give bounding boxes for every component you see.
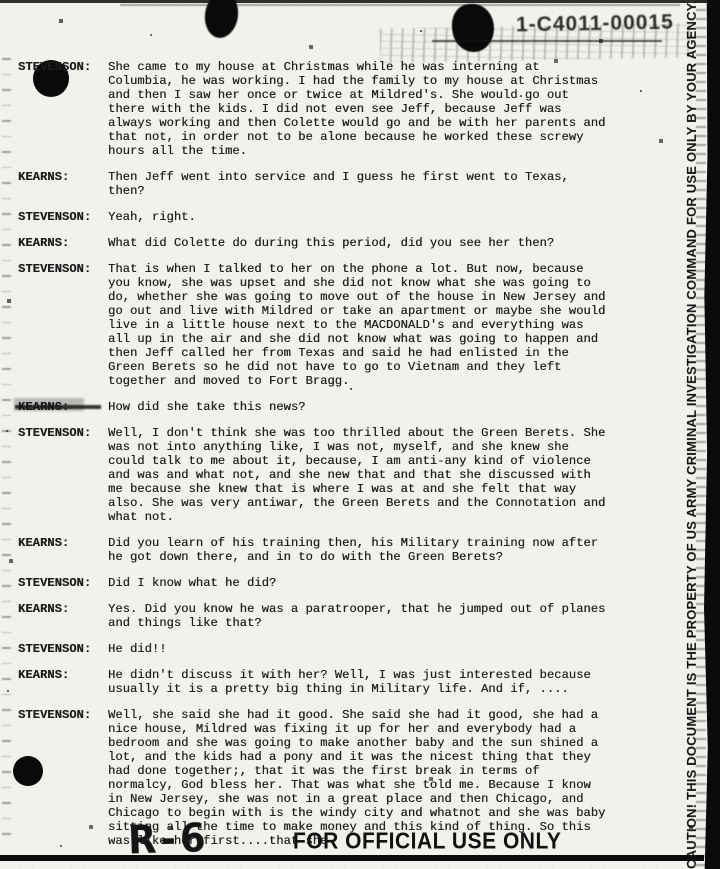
dialogue-text: What did Colette do during this period, …	[108, 236, 608, 250]
ink-blob	[202, 0, 241, 40]
dialogue-text: Yes. Did you know he was a paratrooper, …	[108, 602, 608, 630]
dialogue-text: He did!!	[108, 642, 608, 656]
speaker-label: STEVENSON:	[18, 642, 108, 656]
speaker-label: KEARNS:	[18, 602, 108, 630]
dialogue-entry: STEVENSON: She came to my house at Chris…	[18, 60, 618, 158]
fouo-stamp: FOR OFFICIAL USE ONLY	[293, 829, 561, 856]
dialogue-entry: STEVENSON: Yeah, right.	[18, 210, 618, 224]
paper-specks	[0, 0, 2, 2]
dialogue-text: He didn't discuss it with her? Well, I w…	[108, 668, 608, 696]
dialogue-text: That is when I talked to her on the phon…	[108, 262, 608, 388]
dialogue-text: Did you learn of his training then, his …	[108, 536, 608, 564]
scanned-document-page: 1-C4011-00015 CAUTION! THIS DOCUMENT IS …	[0, 0, 720, 869]
header-smear-line	[432, 40, 662, 42]
dialogue-entry: KEARNS: Yes. Did you know he was a parat…	[18, 602, 618, 630]
dialogue-entry: KEARNS: Did you learn of his training th…	[18, 536, 618, 564]
speaker-label: KEARNS:	[18, 236, 108, 250]
dialogue-text: Did I know what he did?	[108, 576, 608, 590]
speaker-label: STEVENSON:	[18, 262, 108, 388]
scan-edge-top	[0, 0, 720, 3]
transcript: STEVENSON: She came to my house at Chris…	[18, 60, 618, 860]
speaker-label: KEARNS:	[18, 400, 108, 414]
dialogue-entry: STEVENSON: Well, she said she had it goo…	[18, 708, 618, 848]
speaker-label: STEVENSON:	[18, 576, 108, 590]
speaker-label: STEVENSON:	[18, 60, 108, 158]
speaker-label: STEVENSON:	[18, 426, 108, 524]
dialogue-text: Then Jeff went into service and I guess …	[108, 170, 608, 198]
dialogue-text: Well, I don't think she was too thrilled…	[108, 426, 608, 524]
speaker-label: STEVENSON:	[18, 708, 108, 848]
dialogue-entry: KEARNS: Then Jeff went into service and …	[18, 170, 618, 198]
caution-stamp: CAUTION! THIS DOCUMENT IS THE PROPERTY O…	[684, 0, 699, 869]
dialogue-entry: KEARNS: What did Colette do during this …	[18, 236, 618, 250]
dialogue-entry: KEARNS: How did she take this news?	[18, 400, 618, 414]
caution-stamp-column: CAUTION! THIS DOCUMENT IS THE PROPERTY O…	[680, 0, 702, 869]
speaker-label: KEARNS:	[18, 536, 108, 564]
exhibit-number: R-6	[127, 816, 210, 864]
dialogue-entry: STEVENSON: Did I know what he did?	[18, 576, 618, 590]
dialogue-text: Yeah, right.	[108, 210, 608, 224]
speaker-label: KEARNS:	[18, 668, 108, 696]
left-margin-noise	[2, 58, 11, 848]
speaker-label: STEVENSON:	[18, 210, 108, 224]
speaker-label: KEARNS:	[18, 170, 108, 198]
scan-edge-top-smudge	[120, 4, 680, 6]
dialogue-entry: STEVENSON: He did!!	[18, 642, 618, 656]
dialogue-entry: STEVENSON: That is when I talked to her …	[18, 262, 618, 388]
doc-number-stamp: 1-C4011-00015	[516, 11, 674, 38]
dialogue-entry: STEVENSON: Well, I don't think she was t…	[18, 426, 618, 524]
dialogue-text: She came to my house at Christmas while …	[108, 60, 608, 158]
dialogue-text: How did she take this news?	[108, 400, 608, 414]
dialogue-entry: KEARNS: He didn't discuss it with her? W…	[18, 668, 618, 696]
